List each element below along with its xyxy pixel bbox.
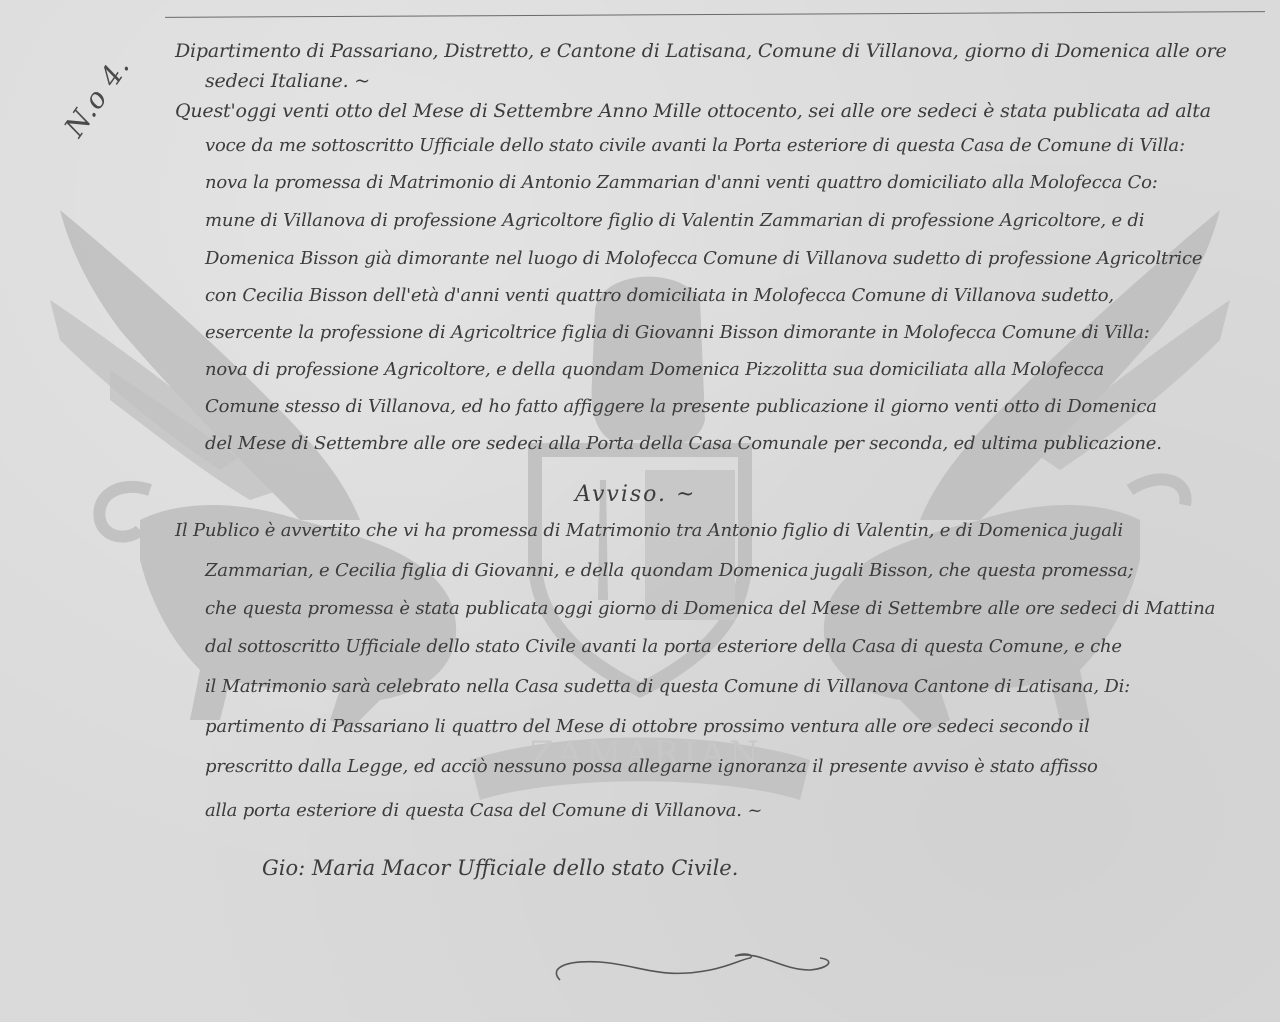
act-line: nova la promessa di Matrimonio di Antoni…	[205, 172, 1158, 193]
avviso-line: alla porta esteriore di questa Casa del …	[205, 800, 762, 821]
officer-signature: Gio: Maria Macor Ufficiale dello stato C…	[262, 856, 738, 880]
act-line: nova di professione Agricoltore, e della…	[205, 359, 1104, 380]
top-rule	[165, 11, 1265, 19]
avviso-line: Il Publico è avvertito che vi ha promess…	[175, 520, 1123, 541]
act-line: del Mese di Settembre alle ore sedeci al…	[205, 433, 1162, 454]
avviso-line: Zammarian, e Cecilia figlia di Giovanni,…	[205, 560, 1133, 581]
closing-flourish-icon	[540, 940, 840, 1000]
act-line: voce da me sottoscritto Ufficiale dello …	[205, 135, 1185, 156]
avviso-line: prescritto dalla Legge, ed acciò nessuno…	[205, 756, 1098, 777]
act-line: Dipartimento di Passariano, Distretto, e…	[175, 40, 1227, 62]
act-line: Quest'oggi venti otto del Mese di Settem…	[175, 100, 1211, 122]
avviso-heading: Avviso. ~	[575, 482, 696, 507]
avviso-line: il Matrimonio sarà celebrato nella Casa …	[205, 676, 1130, 697]
act-line: Comune stesso di Villanova, ed ho fatto …	[205, 396, 1157, 417]
avviso-line: che questa promessa è stata publicata og…	[205, 598, 1215, 619]
avviso-line: partimento di Passariano li quattro del …	[205, 716, 1090, 737]
avviso-line: dal sottoscritto Ufficiale dello stato C…	[205, 636, 1122, 657]
act-number-margin-note: N.o 4.	[58, 50, 137, 143]
act-line: Domenica Bisson già dimorante nel luogo …	[205, 248, 1202, 269]
act-line: esercente la professione di Agricoltrice…	[205, 322, 1150, 343]
act-line: mune di Villanova di professione Agricol…	[205, 210, 1144, 231]
document-page: ZAMARIAN N.o 4. Dipartimento di Passaria…	[0, 0, 1280, 1022]
act-line: con Cecilia Bisson dell'età d'anni venti…	[205, 285, 1114, 306]
act-line: sedeci Italiane. ~	[205, 70, 370, 92]
